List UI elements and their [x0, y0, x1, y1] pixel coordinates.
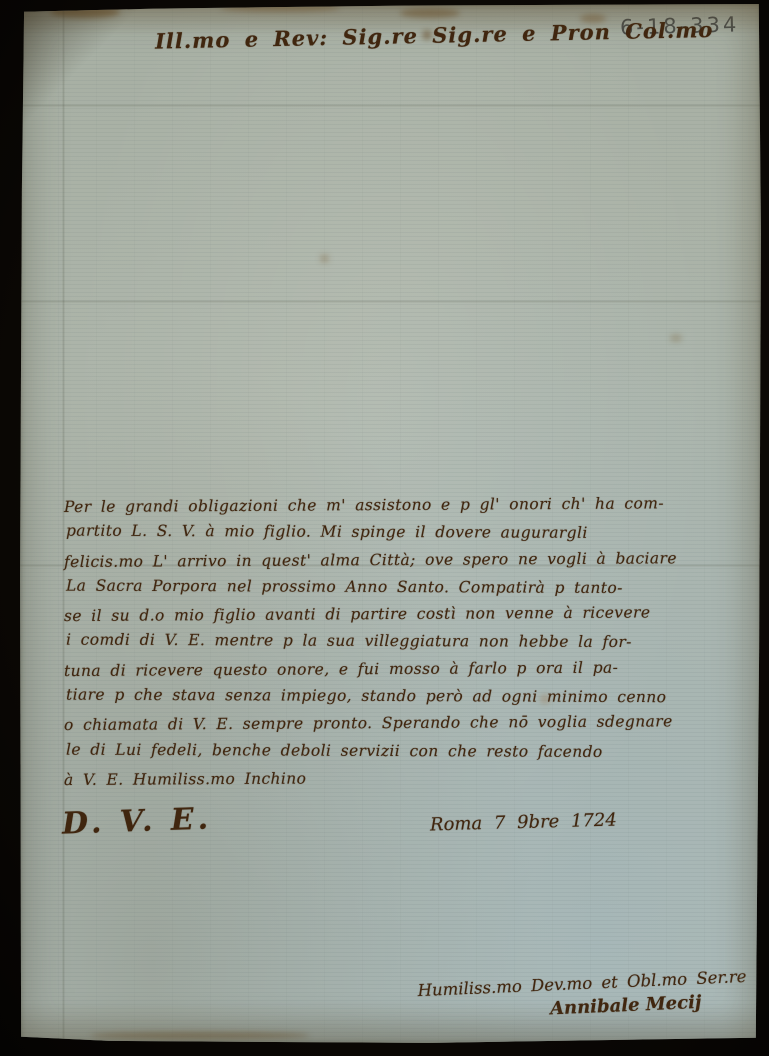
signature-block: Humiliss.mo Dev.mo et Obl.mo Ser.re Anni…	[417, 967, 748, 1025]
body-line: se il su d.o mio figlio avanti di partir…	[64, 599, 724, 630]
foxing-stain	[50, 6, 120, 18]
body-line: à V. E. Humiliss.mo Inchino	[64, 763, 724, 794]
letter-body: Per le grandi obligazioni che m' assisto…	[64, 492, 724, 792]
body-line: o chiamata di V. E. sempre pronto. Spera…	[64, 708, 724, 739]
dateline: Roma 7 9bre 1724	[430, 810, 617, 836]
body-line: le di Lui fedeli, benche deboli servizii…	[66, 736, 726, 766]
foxing-stain	[90, 1032, 310, 1039]
body-line: La Sacra Porpora nel prossimo Anno Santo…	[66, 572, 726, 602]
foxing-stain	[320, 254, 329, 263]
body-line: tuna di ricevere questo onore, e fui mos…	[64, 654, 724, 685]
body-line: partito L. S. V. à mio figlio. Mi spinge…	[66, 518, 726, 548]
fold-crease	[20, 300, 761, 303]
body-line: tiare p che stava senza impiego, stando …	[66, 682, 726, 712]
body-line: felicis.mo L' arrivo in quest' alma Citt…	[64, 545, 724, 576]
valediction-flourish: D. V. E.	[61, 801, 212, 841]
foxing-stain	[220, 4, 340, 12]
photo-backdrop: 6-18-334 Ill.mo e Rev: Sig.re Sig.re e P…	[0, 0, 769, 1056]
body-line: i comdi di V. E. mentre p la sua villegg…	[66, 627, 726, 657]
foxing-stain	[670, 334, 682, 342]
letter-paper: 6-18-334 Ill.mo e Rev: Sig.re Sig.re e P…	[20, 4, 761, 1044]
fold-crease	[20, 104, 761, 107]
salutation: Ill.mo e Rev: Sig.re Sig.re e Pron Col.m…	[155, 19, 595, 53]
foxing-stain	[400, 8, 460, 18]
body-line: Per le grandi obligazioni che m' assisto…	[64, 490, 724, 521]
